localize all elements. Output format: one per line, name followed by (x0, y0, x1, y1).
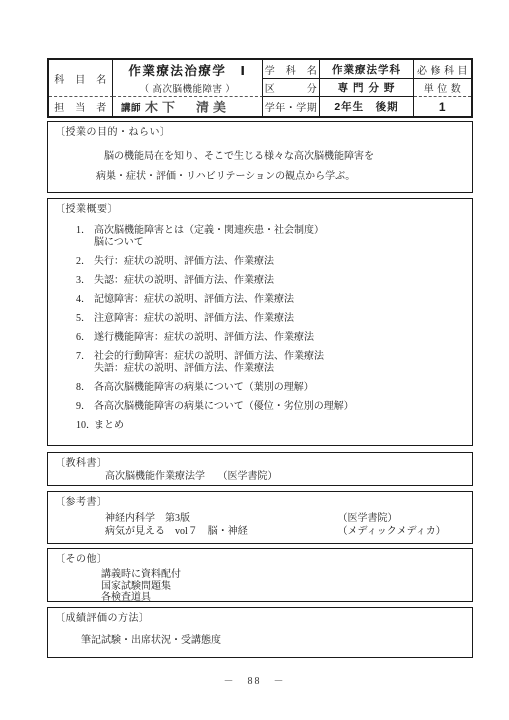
reference-name: 病気が見える vol７ 脳・神経 (105, 526, 335, 539)
overview-item-number: 5． (76, 313, 94, 325)
overview-item-subline: 失語：症状の説明、評価方法、作業療法 (94, 363, 274, 374)
section-other-title: 〔その他〕 (48, 549, 472, 566)
textbook-entry: 高次脳機能作業療法学 （医学書院） (48, 471, 472, 483)
overview-item-text: 社会的行動障害：症状の説明、評価方法、作業療法 失語：症状の説明、評価方法、作業… (94, 351, 472, 375)
reference-entry: 神経内科学 第3版 （医学書院） (48, 513, 472, 526)
overview-item-line: 社会的行動障害：症状の説明、評価方法、作業療法 (94, 351, 324, 362)
reference-name: 神経内科学 第3版 (105, 513, 335, 526)
overview-item-number: 2． (76, 256, 94, 268)
overview-item: 10． まとめ (48, 420, 472, 432)
credits-label: 単 位 数 (414, 79, 471, 97)
category-value: 専 門 分 野 (320, 79, 414, 97)
overview-item-text: 高次脳機能障害とは（定義・関連疾患・社会制度） 脳について (94, 225, 472, 249)
reference-publisher: （医学書院） (338, 513, 398, 524)
overview-item-number: 4． (76, 294, 94, 306)
course-title: 作業療法治療学 Ⅰ (113, 60, 263, 79)
overview-item: 7． 社会的行動障害：症状の説明、評価方法、作業療法 失語：症状の説明、評価方法… (48, 351, 472, 375)
section-grading: 〔成績評価の方法〕 筆記試験・出席状況・受講態度 (47, 607, 473, 658)
section-textbook: 〔教科書〕 高次脳機能作業療法学 （医学書院） (47, 452, 473, 486)
overview-item-subline: 脳について (94, 237, 144, 248)
section-overview-title: 〔授業概要〕 (48, 199, 472, 216)
overview-item: 6． 遂行機能障害：症状の説明、評価方法、作業療法 (48, 332, 472, 344)
overview-item-text: 記憶障害：症状の説明、評価方法、作業療法 (94, 294, 472, 306)
textbook-publisher: （医学書院） (218, 471, 278, 482)
overview-item-number: 7． (76, 351, 94, 375)
textbook-name: 高次脳機能作業療法学 (105, 471, 215, 483)
instructor-cell: 講師 木下 清美 (113, 97, 263, 116)
other-list: 講義時に資料配付 国家試験問題集 各検査道具 (48, 569, 472, 604)
term-label: 学年・学期 (263, 97, 320, 116)
overview-item: 5． 注意障害：症状の説明、評価方法、作業療法 (48, 313, 472, 325)
other-line: 各検査道具 (48, 592, 472, 604)
header-table: 科 目 名 作業療法治療学 Ⅰ 学 科 名 作業療法学科 必 修 科 目 （ 高… (47, 58, 473, 118)
overview-item: 8． 各高次脳機能障害の病巣について（葉別の理解） (48, 382, 472, 394)
term-value: 2年生 後期 (320, 97, 414, 116)
reference-entry: 病気が見える vol７ 脳・神経 （メディックメディカ） (48, 526, 472, 539)
category-label: 区 分 (263, 79, 320, 97)
references-list: 神経内科学 第3版 （医学書院） 病気が見える vol７ 脳・神経 （メディック… (48, 513, 472, 538)
subject-name-label: 科 目 名 (49, 60, 113, 97)
overview-item: 4． 記憶障害：症状の説明、評価方法、作業療法 (48, 294, 472, 306)
department-label: 学 科 名 (263, 60, 320, 79)
overview-item-text: 注意障害：症状の説明、評価方法、作業療法 (94, 313, 472, 325)
purpose-line-1: 脳の機能局在を知り、そこで生じる様々な高次脳機能障害を (48, 151, 472, 163)
overview-item: 2． 失行：症状の説明、評価方法、作業療法 (48, 256, 472, 268)
overview-item-text: 遂行機能障害：症状の説明、評価方法、作業療法 (94, 332, 472, 344)
overview-item: 3． 失認：症状の説明、評価方法、作業療法 (48, 275, 472, 287)
syllabus-sheet: 科 目 名 作業療法治療学 Ⅰ 学 科 名 作業療法学科 必 修 科 目 （ 高… (47, 58, 473, 658)
grading-method: 筆記試験・出席状況・受講態度 (48, 635, 472, 647)
instructor-label: 担 当 者 (49, 97, 113, 116)
section-references: 〔参考書〕 神経内科学 第3版 （医学書院） 病気が見える vol７ 脳・神経 … (47, 491, 473, 544)
overview-item-number: 8． (76, 382, 94, 394)
section-grading-title: 〔成績評価の方法〕 (48, 608, 472, 625)
overview-item-number: 1． (76, 225, 94, 249)
instructor-title: 講師 (121, 100, 141, 114)
overview-item-text: 各高次脳機能障害の病巣について（優位・劣位別の理解） (94, 401, 472, 413)
course-subtitle: （ 高次脳機能障害 ） (113, 79, 263, 97)
required-course-label: 必 修 科 目 (414, 60, 471, 79)
overview-item: 9． 各高次脳機能障害の病巣について（優位・劣位別の理解） (48, 401, 472, 413)
instructor-name: 木下 清美 (145, 97, 230, 115)
credits-value: 1 (414, 97, 471, 116)
department-value: 作業療法学科 (320, 60, 414, 79)
section-other: 〔その他〕 講義時に資料配付 国家試験問題集 各検査道具 (47, 548, 473, 602)
section-textbook-title: 〔教科書〕 (48, 453, 472, 470)
overview-item-text: まとめ (94, 420, 472, 432)
overview-item-text: 失行：症状の説明、評価方法、作業療法 (94, 256, 472, 268)
section-overview: 〔授業概要〕 1． 高次脳機能障害とは（定義・関連疾患・社会制度） 脳について … (47, 198, 473, 446)
overview-list: 1． 高次脳機能障害とは（定義・関連疾患・社会制度） 脳について 2． 失行：症… (48, 225, 472, 432)
other-line: 講義時に資料配付 (48, 569, 472, 581)
overview-item-line: 高次脳機能障害とは（定義・関連疾患・社会制度） (94, 225, 324, 236)
section-purpose: 〔授業の目的・ねらい〕 脳の機能局在を知り、そこで生じる様々な高次脳機能障害を … (47, 121, 473, 193)
overview-item: 1． 高次脳機能障害とは（定義・関連疾患・社会制度） 脳について (48, 225, 472, 249)
purpose-line-2: 病巣・症状・評価・リハビリテーションの観点から学ぶ。 (48, 171, 472, 183)
syllabus-page: 科 目 名 作業療法治療学 Ⅰ 学 科 名 作業療法学科 必 修 科 目 （ 高… (0, 0, 509, 720)
overview-item-number: 3． (76, 275, 94, 287)
section-references-title: 〔参考書〕 (48, 492, 472, 509)
reference-publisher: （メディックメディカ） (338, 526, 446, 537)
overview-item-number: 9． (76, 401, 94, 413)
other-line: 国家試験問題集 (48, 581, 472, 593)
overview-item-number: 6． (76, 332, 94, 344)
overview-item-text: 各高次脳機能障害の病巣について（葉別の理解） (94, 382, 472, 394)
overview-item-text: 失認：症状の説明、評価方法、作業療法 (94, 275, 472, 287)
section-purpose-title: 〔授業の目的・ねらい〕 (48, 122, 472, 139)
overview-item-number: 10． (76, 420, 94, 432)
page-number: － 88 － (0, 672, 509, 687)
